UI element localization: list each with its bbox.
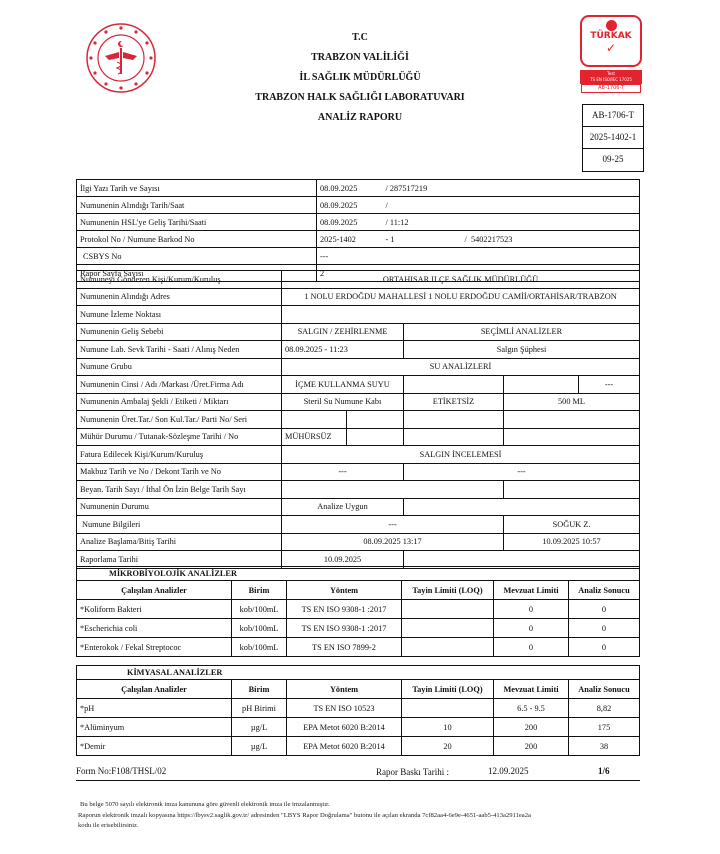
separator: / [386, 218, 388, 227]
table-row: Numunenin Alındığı Tarih/Saat08.09.2025/ [77, 197, 640, 214]
separator: / [386, 201, 388, 210]
table-row: Numunenin Üret.Tar./ Son Kul.Tar./ Parti… [77, 411, 640, 429]
method: TS EN ISO 9308-1 :2017 [287, 600, 402, 619]
turkak-check-icon: ✓ [582, 42, 640, 55]
micro-analysis-table: MİKROBİYOLOJİK ANALİZLER Çalışılan Anali… [76, 566, 640, 657]
row-label: Numunenin Alındığı Adres [77, 288, 282, 306]
column-header: Birim [232, 581, 287, 600]
row-label: Numune Bilgileri [77, 516, 282, 534]
row-mid: - 1 [383, 231, 451, 248]
analysis-name: *Escherichia coli [77, 619, 232, 638]
print-date-label: Rapor Baskı Tarihi : [376, 767, 449, 777]
unit: kob/100mL [232, 638, 287, 657]
chemical-analysis-table: KİMYASAL ANALİZLER Çalışılan Analizler B… [76, 665, 640, 756]
result: 0 [569, 638, 640, 657]
table-row: Makbuz Tarih ve No / Dekont Tarih ve No-… [77, 463, 640, 481]
table-row: Numunenin Cinsi / Adı /Markası /Üret.Fir… [77, 376, 640, 394]
regulation-limit: 0 [494, 600, 569, 619]
info-table: İlgi Yazı Tarih ve Sayısı08.09.2025/ 287… [76, 179, 640, 282]
turkak-badge: TÜRKAK ✓ Test TS EN ISO/IEC 17025 AB-170… [580, 15, 642, 95]
table-row: *Demirµg/LEPA Metot 6020 B:20142020038 [77, 737, 640, 756]
row-value: 5402217523 [471, 235, 512, 244]
unit: µg/L [232, 737, 287, 756]
table-row: Numunenin Alındığı Adres1 NOLU ERDOĞDU M… [77, 288, 640, 306]
signature-note: Bu belge 5070 sayılı elektronik imza kan… [80, 801, 330, 808]
analysis-name: *Demir [77, 737, 232, 756]
row-label: CSBYS No [77, 248, 317, 265]
row-label: Analize Başlama/Bitiş Tarihi [77, 533, 282, 551]
result: 8,82 [569, 699, 640, 718]
row-label: Numunenin Cinsi / Adı /Markası /Üret.Fir… [77, 376, 282, 394]
table-row: CSBYS No--- [77, 248, 640, 265]
table-row: Numunenin Ambalaj Şekli / Etiketi / Mikt… [77, 393, 640, 411]
column-header: Mevzuat Limiti [494, 680, 569, 699]
unit: µg/L [232, 718, 287, 737]
column-header: Yöntem [287, 581, 402, 600]
analysis-name: *Enterokok / Fekal Streptococ [77, 638, 232, 657]
row-label: Protokol No / Numune Barkod No [77, 231, 317, 248]
label-value: ETİKETSİZ [404, 393, 504, 411]
analysis-end-value: 10.09.2025 10:57 [504, 533, 640, 551]
regulation-limit: 0 [494, 638, 569, 657]
row-value: 11:12 [390, 218, 409, 227]
column-header: Yöntem [287, 680, 402, 699]
table-row: *Enterokok / Fekal Streptocockob/100mLTS… [77, 638, 640, 657]
method: TS EN ISO 9308-1 :2017 [287, 619, 402, 638]
table-row: Numuneyi Gönderen Kişi/Kurum/KuruluşORTA… [77, 271, 640, 289]
analysis-name: *Koliform Bakteri [77, 600, 232, 619]
form-footer: Form No:F108/THSL/02 Rapor Baskı Tarihi … [76, 764, 640, 781]
dispatch-reason-value: Salgın Şüphesi [404, 341, 640, 359]
period-code: 09-25 [583, 149, 643, 171]
column-header: Birim [232, 680, 287, 699]
row-label: Numune Lab. Sevk Tarihi - Saati / Alınış… [77, 341, 282, 359]
regulation-limit: 200 [494, 718, 569, 737]
type-value: İÇME KULLANMA SUYU [282, 376, 404, 394]
reason-value: SALGIN / ZEHİRLENME [282, 323, 404, 341]
report-code-box: AB-1706-T 2025-1402-1 09-25 [582, 104, 644, 172]
accreditation-code: AB-1706-T [583, 105, 643, 127]
row-date: 08.09.2025 [317, 197, 383, 214]
separator: / [386, 184, 388, 193]
regulation-limit: 200 [494, 737, 569, 756]
table-row: Numune GrubuSU ANALİZLERİ [77, 358, 640, 376]
unit: kob/100mL [232, 600, 287, 619]
row-label: Mühür Durumu / Tutanak-Sözleşme Tarihi /… [77, 428, 282, 446]
table-row: Fatura Edilecek Kişi/Kurum/KuruluşSALGIN… [77, 446, 640, 464]
status-value: Analize Uygun [282, 498, 404, 516]
analysis-name: *pH [77, 699, 232, 718]
analysis-name: *Alüminyum [77, 718, 232, 737]
column-header: Çalışılan Analizler [77, 581, 232, 600]
table-row: *Escherichia colikob/100mLTS EN ISO 9308… [77, 619, 640, 638]
row-label: Numunenin Üret.Tar./ Son Kul.Tar./ Parti… [77, 411, 282, 429]
type-right-value: --- [579, 376, 640, 394]
method: EPA Metot 6020 B:2014 [287, 737, 402, 756]
verification-note: Raporun elektronik imzalı kopyasına http… [78, 812, 531, 819]
sample-table: Numuneyi Gönderen Kişi/Kurum/KuruluşORTA… [76, 270, 640, 569]
table-row: Beyan. Tarih Sayı / İthal Ön İzin Belge … [77, 481, 640, 499]
info-value: --- [282, 516, 504, 534]
turkak-standard: TS EN ISO/IEC 17025 [580, 77, 642, 83]
column-header: Tayin Limiti (LOQ) [402, 581, 494, 600]
row-label: Numunenin Ambalaj Şekli / Etiketi / Mikt… [77, 393, 282, 411]
receipt-value: --- [282, 463, 404, 481]
regulation-limit: 6.5 - 9.5 [494, 699, 569, 718]
row-label: Numune İzleme Noktası [77, 306, 282, 324]
row-date: 2025-1402 [317, 231, 383, 248]
loq [402, 600, 494, 619]
separator: / [465, 235, 467, 244]
print-date: 12.09.2025 [488, 766, 529, 776]
turkak-crescent-icon [606, 20, 617, 31]
method: TS EN ISO 10523 [287, 699, 402, 718]
invoice-value: SALGIN İNCELEMESİ [282, 446, 640, 464]
table-row: Numunenin Geliş SebebiSALGIN / ZEHİRLENM… [77, 323, 640, 341]
section-title: KİMYASAL ANALİZLER [77, 666, 640, 680]
loq [402, 699, 494, 718]
storage-value: SOĞUK Z. [504, 516, 640, 534]
protocol-code: 2025-1402-1 [583, 127, 643, 149]
method: TS EN ISO 7899-2 [287, 638, 402, 657]
row-label: Numune Grubu [77, 358, 282, 376]
column-header: Analiz Sonucu [569, 680, 640, 699]
loq [402, 638, 494, 657]
table-row: Numunenin DurumuAnalize Uygun [77, 498, 640, 516]
table-header-row: Çalışılan Analizler Birim Yöntem Tayin L… [77, 680, 640, 699]
table-row: Analize Başlama/Bitiş Tarihi08.09.2025 1… [77, 533, 640, 551]
page-number: 1/6 [598, 766, 610, 776]
reason-right-value: SEÇİMLİ ANALİZLER [404, 323, 640, 341]
loq: 10 [402, 718, 494, 737]
unit: pH Birimi [232, 699, 287, 718]
row-label: Beyan. Tarih Sayı / İthal Ön İzin Belge … [77, 481, 282, 499]
dispatch-value: 08.09.2025 - 11:23 [282, 341, 404, 359]
row-date: 08.09.2025 [317, 214, 383, 231]
row-label: Numunenin Geliş Sebebi [77, 323, 282, 341]
analysis-start-value: 08.09.2025 13:17 [282, 533, 504, 551]
turkak-accreditation: AB-1706-T [581, 84, 641, 93]
row-label: Numunenin HSL'ye Geliş Tarihi/Saati [77, 214, 317, 231]
method: EPA Metot 6020 B:2014 [287, 718, 402, 737]
table-row: Numune Bilgileri---SOĞUK Z. [77, 516, 640, 534]
result: 0 [569, 600, 640, 619]
result: 38 [569, 737, 640, 756]
column-header: Çalışılan Analizler [77, 680, 232, 699]
table-row: *Koliform Bakterikob/100mLTS EN ISO 9308… [77, 600, 640, 619]
table-row: *Alüminyumµg/LEPA Metot 6020 B:201410200… [77, 718, 640, 737]
loq: 20 [402, 737, 494, 756]
table-row: *pHpH BirimiTS EN ISO 105236.5 - 9.58,82 [77, 699, 640, 718]
sender-value: ORTAHISAR ILÇE SAĞLIK MÜDÜRLÜĞÜ [282, 271, 640, 289]
seal-value: MÜHÜRSÜZ [282, 428, 347, 446]
row-label: Numuneyi Gönderen Kişi/Kurum/Kuruluş [77, 271, 282, 289]
table-row: Numune Lab. Sevk Tarihi - Saati / Alınış… [77, 341, 640, 359]
column-header: Analiz Sonucu [569, 581, 640, 600]
unit: kob/100mL [232, 619, 287, 638]
group-value: SU ANALİZLERİ [282, 358, 640, 376]
row-label: İlgi Yazı Tarih ve Sayısı [77, 180, 317, 197]
address-value: 1 NOLU ERDOĞDU MAHALLESİ 1 NOLU ERDOĞDU … [282, 288, 640, 306]
row-label: Fatura Edilecek Kişi/Kurum/Kuruluş [77, 446, 282, 464]
result: 175 [569, 718, 640, 737]
column-header: Tayin Limiti (LOQ) [402, 680, 494, 699]
section-title: MİKROBİYOLOJİK ANALİZLER [77, 567, 640, 581]
form-number: Form No:F108/THSL/02 [76, 766, 166, 776]
monitoring-value [282, 306, 640, 324]
row-date: --- [317, 248, 640, 265]
column-header: Mevzuat Limiti [494, 581, 569, 600]
result: 0 [569, 619, 640, 638]
table-row: Protokol No / Numune Barkod No2025-1402-… [77, 231, 640, 248]
package-value: Steril Su Numune Kabı [282, 393, 404, 411]
table-row: İlgi Yazı Tarih ve Sayısı08.09.2025/ 287… [77, 180, 640, 197]
row-date: 08.09.2025 [317, 180, 383, 197]
row-value: 287517219 [390, 184, 427, 193]
row-label: Numunenin Durumu [77, 498, 282, 516]
table-header-row: Çalışılan Analizler Birim Yöntem Tayin L… [77, 581, 640, 600]
table-row: Numune İzleme Noktası [77, 306, 640, 324]
table-row: Numunenin HSL'ye Geliş Tarihi/Saati08.09… [77, 214, 640, 231]
dekont-value: --- [404, 463, 640, 481]
regulation-limit: 0 [494, 619, 569, 638]
table-row: Mühür Durumu / Tutanak-Sözleşme Tarihi /… [77, 428, 640, 446]
quantity-value: 500 ML [504, 393, 640, 411]
loq [402, 619, 494, 638]
row-label: Numunenin Alındığı Tarih/Saat [77, 197, 317, 214]
row-label: Makbuz Tarih ve No / Dekont Tarih ve No [77, 463, 282, 481]
verification-note-end: kodu ile erisebilirsiniz. [78, 822, 139, 829]
